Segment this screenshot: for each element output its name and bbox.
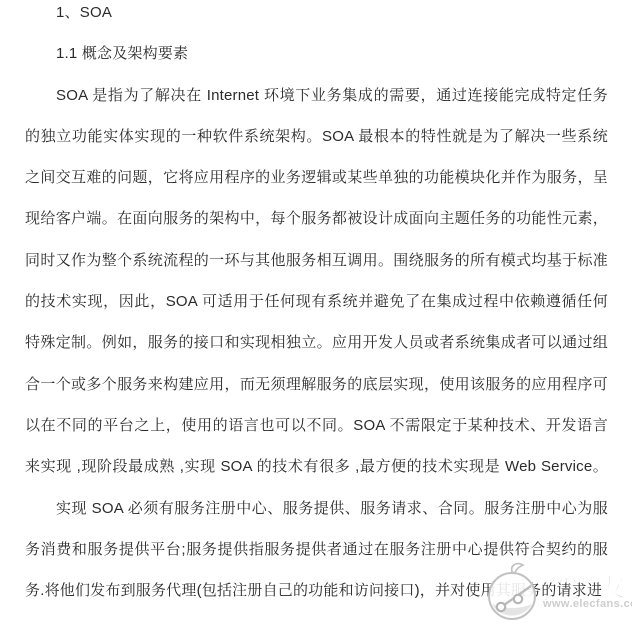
paragraph-line: 现给客户端。在面向服务的架构中，每个服务都被设计成面向主题任务的功能性元素， bbox=[25, 198, 608, 239]
subsection-heading: 1.1 概念及架构要素 bbox=[25, 33, 608, 74]
watermark-url-text: www.elecfans.com bbox=[543, 598, 632, 610]
elecfans-logo-icon bbox=[485, 560, 543, 624]
section-heading: 1、SOA bbox=[25, 0, 608, 33]
paragraph-line: 的技术实现，因此，SOA 可适用于任何现有系统并避免了在集成过程中依赖遵循任何 bbox=[25, 281, 608, 322]
paragraph-line: SOA 是指为了解决在 Internet 环境下业务集成的需要，通过连接能完成特… bbox=[25, 75, 608, 116]
paragraph-line: 特殊定制。例如，服务的接口和实现相独立。应用开发人员或者系统集成者可以通过组 bbox=[25, 322, 608, 363]
paragraph-line: 之间交互难的问题，它将应用程序的业务逻辑或某些单独的功能模块化并作为服务，呈 bbox=[25, 157, 608, 198]
paragraph-line: 合一个或多个服务来构建应用，而无须理解服务的底层实现，使用该服务的应用程序可 bbox=[25, 364, 608, 405]
paragraph-line: 以在不同的平台之上，使用的语言也可以不同。SOA 不需限定于某种技术、开发语言 bbox=[25, 405, 608, 446]
document-body: 1、SOA 1.1 概念及架构要素 SOA 是指为了解决在 Internet 环… bbox=[25, 0, 608, 611]
paragraph-line: 来实现 ,现阶段最成熟 ,实现 SOA 的技术有很多 ,最方便的技术实现是 We… bbox=[25, 446, 608, 487]
paragraph-line: 实现 SOA 必须有服务注册中心、服务提供、服务请求、合同。服务注册中心为服 bbox=[25, 488, 608, 529]
paragraph-line: 的独立功能实体实现的一种软件系统架构。SOA 最根本的特性就是为了解决一些系统 bbox=[25, 116, 608, 157]
paragraph-line: 同时又作为整个系统流程的一环与其他服务相互调用。围绕服务的所有模式均基于标准 bbox=[25, 240, 608, 281]
document-page: 电子发烧友 1、SOA 1.1 概念及架构要素 SOA 是指为了解决在 Inte… bbox=[0, 0, 632, 626]
